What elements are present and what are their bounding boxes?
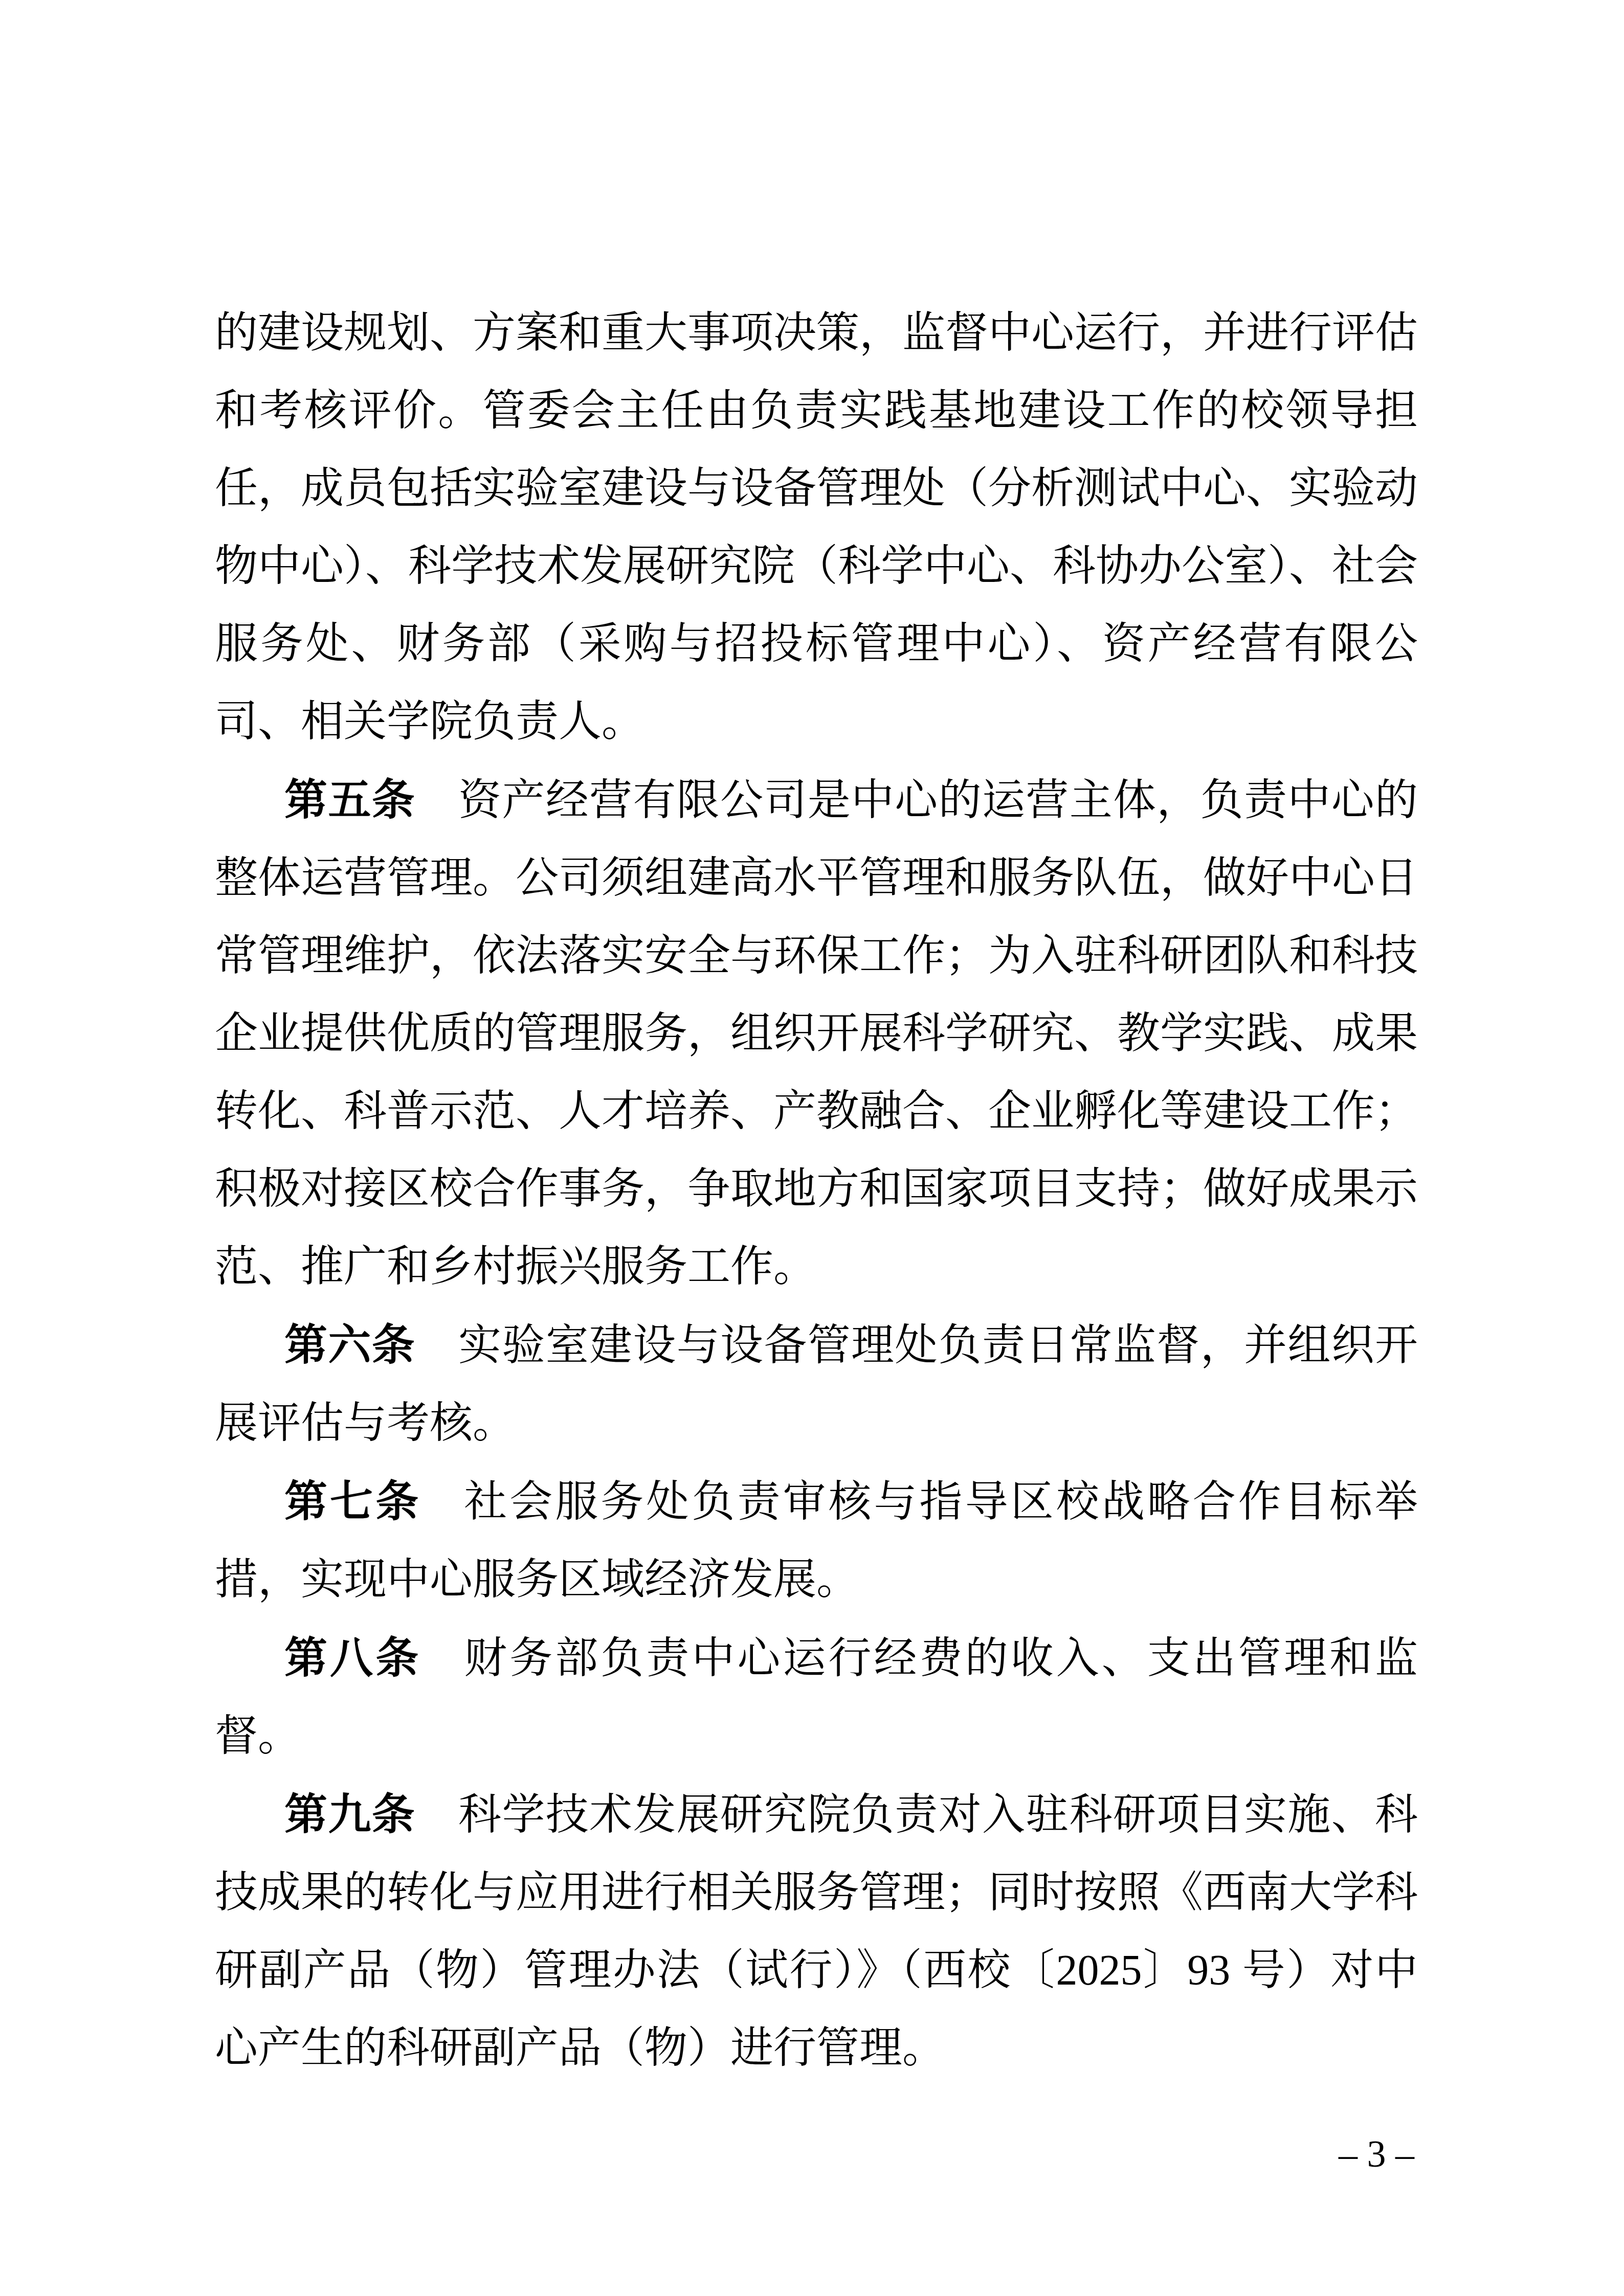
document-page: 的建设规划、方案和重大事项决策，监督中心运行，并进行评估和考核评价。管委会主任由… <box>0 0 1624 2296</box>
article-heading: 第九条 <box>284 1790 415 1838</box>
article-heading: 第六条 <box>284 1321 415 1369</box>
paragraph-article-8: 第八条财务部负责中心运行经费的收入、支出管理和监督。 <box>215 1619 1418 1775</box>
paragraph-article-6: 第六条实验室建设与设备管理处负责日常监督，并组织开展评估与考核。 <box>215 1306 1418 1462</box>
paragraph-text: 的建设规划、方案和重大事项决策，监督中心运行，并进行评估和考核评价。管委会主任由… <box>215 309 1418 746</box>
article-heading: 第五条 <box>284 776 415 824</box>
article-heading: 第七条 <box>284 1477 421 1525</box>
paragraph-article-7: 第七条社会服务处负责审核与指导区校战略合作目标举措，实现中心服务区域经济发展。 <box>215 1462 1418 1619</box>
document-body: 的建设规划、方案和重大事项决策，监督中心运行，并进行评估和考核评价。管委会主任由… <box>215 295 1418 2087</box>
article-heading: 第八条 <box>284 1634 421 1682</box>
paragraph-text: 资产经营有限公司是中心的运营主体，负责中心的整体运营管理。公司须组建高水平管理和… <box>215 777 1418 1291</box>
page-number: – 3 – <box>1339 2126 1414 2182</box>
paragraph-continuation: 的建设规划、方案和重大事项决策，监督中心运行，并进行评估和考核评价。管委会主任由… <box>215 295 1418 761</box>
paragraph-article-9: 第九条科学技术发展研究院负责对入驻科研项目实施、科技成果的转化与应用进行相关服务… <box>215 1775 1418 2087</box>
paragraph-article-5: 第五条资产经营有限公司是中心的运营主体，负责中心的整体运营管理。公司须组建高水平… <box>215 761 1418 1306</box>
